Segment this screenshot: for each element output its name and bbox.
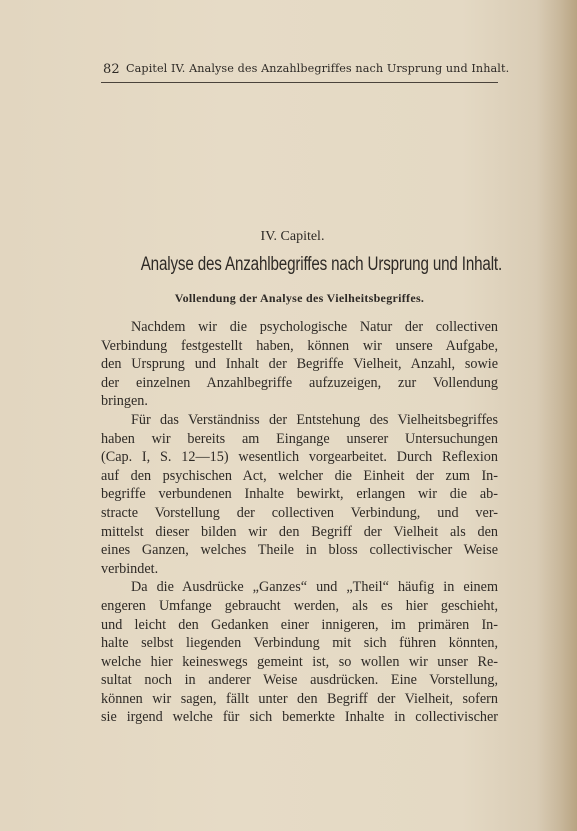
text-line: sultat noch in anderer Weise ausdrücken.… (101, 671, 498, 690)
chapter-title: Analyse des Anzahlbegriffes nach Ursprun… (141, 254, 459, 276)
text-line: der einzelnen Anzahlbegriffe aufzuzeigen… (101, 374, 498, 393)
text-line: Für das Verständniss der Entstehung des … (101, 411, 498, 430)
text-line: mittelst dieser bilden wir den Begriff d… (101, 523, 498, 542)
text-line: den Ursprung und Inhalt der Begriffe Vie… (101, 355, 498, 374)
text-line: Nachdem wir die psychologische Natur der… (101, 318, 498, 337)
section-title: Vollendung der Analyse des Vielheitsbegr… (101, 291, 498, 306)
text-line: halte selbst liegenden Verbindung mit si… (101, 634, 498, 653)
text-line: (Cap. I, S. 12—15) wesentlich vorgearbei… (101, 448, 498, 467)
text-line: begriffe verbundenen Inhalte bewirkt, er… (101, 485, 498, 504)
text-line: können wir sagen, fällt unter den Begrif… (101, 690, 498, 709)
text-line: engeren Umfange gebraucht werden, als es… (101, 597, 498, 616)
header-rule (101, 82, 498, 83)
text-line: stracte Vorstellung der collectiven Verb… (101, 504, 498, 523)
chapter-number: IV. Capitel. (0, 229, 577, 245)
text-line: Da die Ausdrücke „Ganzes“ und „Theil“ hä… (101, 578, 498, 597)
text-line: haben wir bereits am Eingange unserer Un… (101, 430, 498, 449)
page-number: 82 (103, 62, 120, 77)
body-text: Nachdem wir die psychologische Natur der… (101, 318, 498, 727)
text-line: bringen. (101, 392, 498, 411)
text-line: Verbindung festgestellt haben, können wi… (101, 337, 498, 356)
text-line: und leicht den Gedanken einer innigeren,… (101, 616, 498, 635)
text-line: verbindet. (101, 560, 498, 579)
text-line: welche hier keineswegs gemeint ist, so w… (101, 653, 498, 672)
text-line: auf den psychischen Act, welcher die Ein… (101, 467, 498, 486)
text-line: sie irgend welche für sich bemerkte Inha… (101, 708, 498, 727)
text-line: eines Ganzen, welches Theile in bloss co… (101, 541, 498, 560)
running-head: Capitel IV. Analyse des Anzahlbegriffes … (126, 62, 498, 75)
